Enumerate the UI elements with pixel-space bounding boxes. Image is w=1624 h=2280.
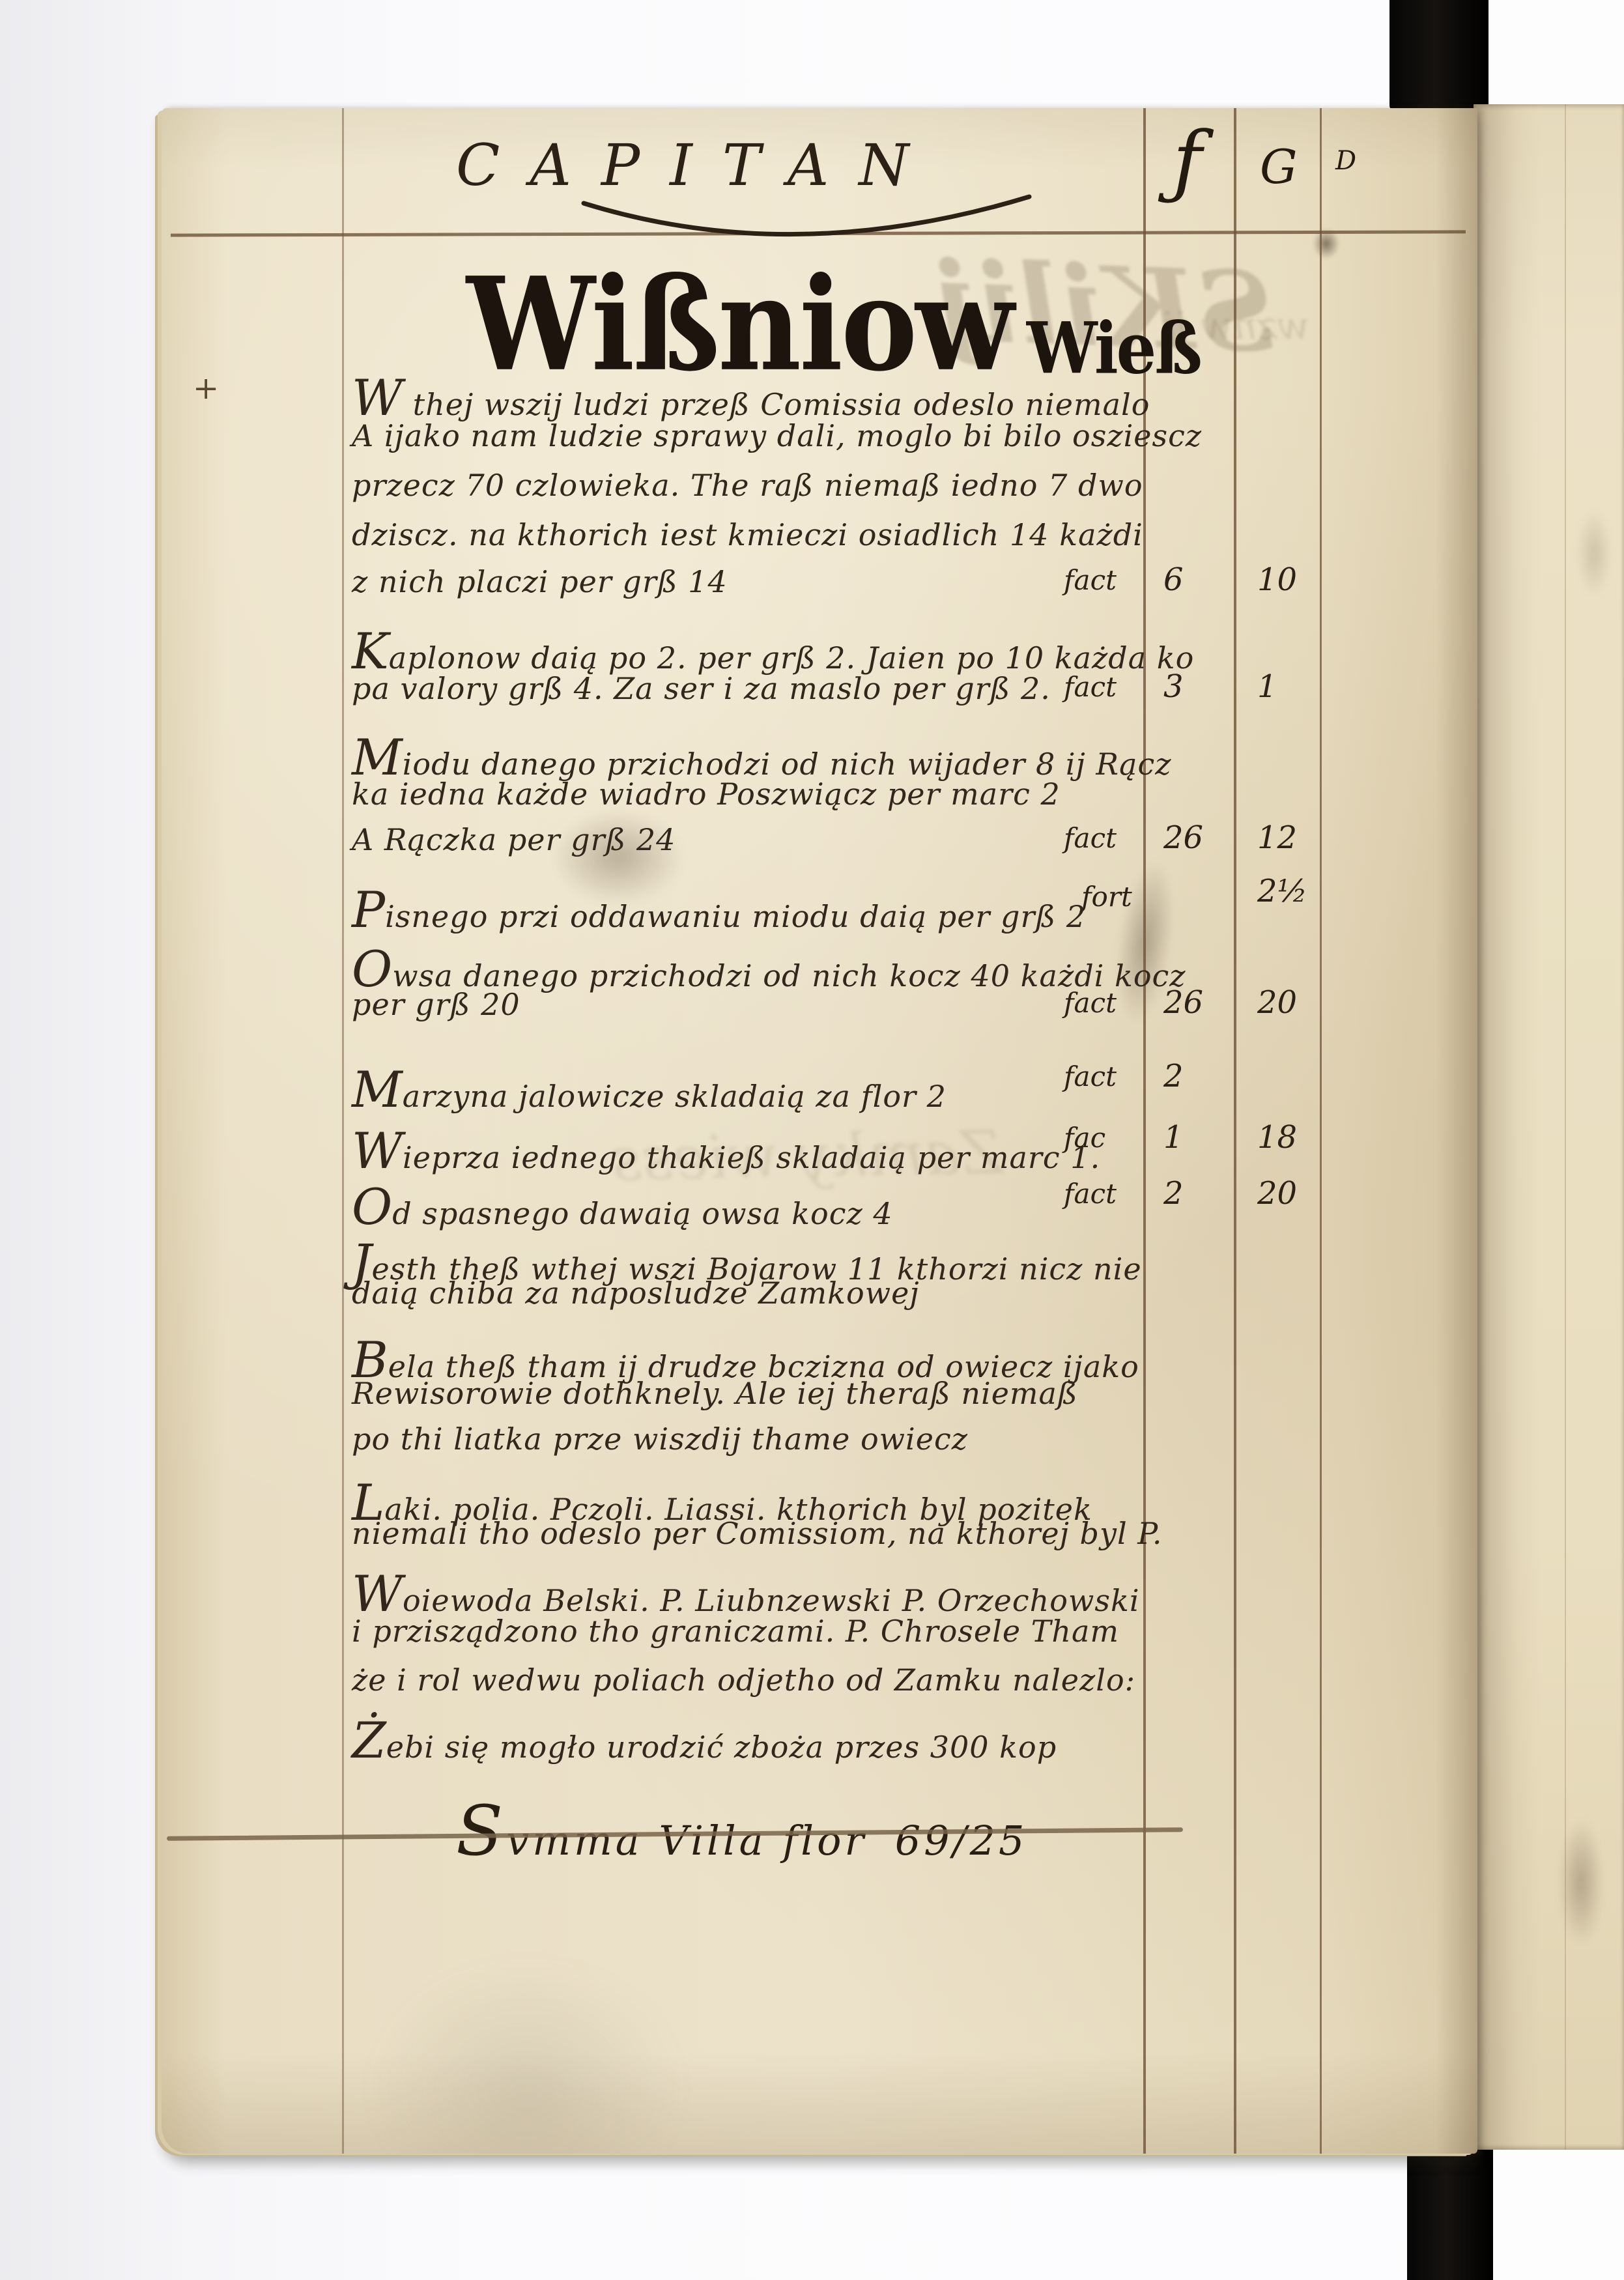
facit-abbreviation: fact (1064, 567, 1117, 594)
grossi-value: 20 (1257, 1178, 1297, 1209)
entry-line: z nich placzi per grß 14 (352, 564, 728, 600)
facit-abbreviation: fact (1064, 674, 1117, 701)
summa-label: Svmma Villa flor (456, 1817, 867, 1864)
summa-value: 69/25 (895, 1817, 1028, 1864)
entry-line: Pisnego przi oddawaniu miodu daią per gr… (352, 881, 1086, 940)
entry-line: per grß 20 (352, 987, 520, 1023)
scanned-manuscript: { "page_header": { "title": "CAPITAN", "… (0, 0, 1624, 2280)
binding-strip-top (1389, 0, 1489, 111)
column-header-denars: D (1335, 146, 1356, 176)
grossi-column-rule (1234, 108, 1236, 2154)
paragraph-line: i przisządzono tho graniczami. P. Chrose… (352, 1614, 1119, 1649)
gutter-shadow (1436, 108, 1477, 2154)
florins-value: 2 (1163, 1061, 1184, 1092)
facit-abbreviation: fact (1064, 1063, 1117, 1090)
entry-line: A ijako nam ludzie sprawy dali, moglo bi… (352, 418, 1202, 454)
entry-line: ka iedna każde wiadro Poszwiącz per marc… (352, 777, 1061, 812)
grossi-value: 18 (1257, 1122, 1297, 1153)
margin-cross-mark: + (193, 370, 219, 406)
florins-value: 26 (1163, 987, 1203, 1018)
facit-abbreviation: fact (1064, 825, 1117, 852)
paragraph-line: że i rol wedwu poliach odjetho od Zamku … (352, 1662, 1135, 1698)
entry-line: przecz 70 czlowieka. The raß niemaß iedn… (352, 468, 1143, 504)
entry-line: dziscz. na kthorich iest kmieczi osiadli… (352, 517, 1143, 553)
paragraph-line: po thi liatka prze wiszdij thame owiecz (352, 1421, 968, 1457)
facit-abbreviation: fact (1064, 1180, 1117, 1208)
left-margin-rule (342, 108, 344, 2154)
florins-value: 6 (1163, 564, 1184, 595)
paragraph-line: niemali tho odeslo per Comissiom, na kth… (352, 1516, 1163, 1552)
florins-value: 3 (1163, 671, 1184, 702)
paper-stain (318, 1919, 735, 2154)
manuscript-page: SKilij wznw ij Zamky wiess CAPITAN ƒ G D… (162, 108, 1477, 2154)
paragraph-line: Rewisorowie dothknely. Ale iej theraß ni… (352, 1376, 1078, 1412)
entry-line: A Rączka per grß 24 (352, 822, 676, 858)
facit-abbreviation: fact (1064, 990, 1117, 1017)
grossi-value: 10 (1257, 564, 1297, 595)
entry-line: Od spasnego dawaią owsa kocz 4 (352, 1178, 893, 1237)
adjacent-page-stain (1571, 495, 1617, 612)
florins-value: 2 (1163, 1178, 1184, 1209)
binding-strip-bottom (1407, 2146, 1493, 2280)
facit-abbreviation: fort (1081, 883, 1132, 911)
entry-line: Wieprza iednego thakieß skladaią per mar… (352, 1122, 1100, 1181)
florins-value: 1 (1163, 1122, 1184, 1153)
running-header: CAPITAN (456, 132, 939, 199)
florins-value: 26 (1163, 822, 1203, 853)
denar-column-rule (1320, 108, 1322, 2154)
entry-line: Marzyna jalowicze skladaią za flor 2 (352, 1061, 947, 1120)
grossi-value: 2½ (1257, 876, 1307, 907)
header-swash-icon (578, 192, 1034, 250)
facit-abbreviation: fac (1064, 1124, 1105, 1152)
paragraph-line: Żebi się mogło urodzić zboża przes 300 k… (352, 1711, 1057, 1771)
column-header-grossi: G (1260, 139, 1298, 194)
grossi-value: 1 (1257, 671, 1277, 702)
column-header-florins: ƒ (1173, 115, 1202, 207)
adjacent-page-stain (1552, 1798, 1610, 1967)
grossi-value: 20 (1257, 987, 1297, 1018)
grossi-value: 12 (1257, 822, 1297, 853)
paragraph-line: daią chiba za naposludze Zamkowej (352, 1275, 920, 1311)
adjacent-page-edge (1474, 104, 1624, 2150)
entry-line: pa valory grß 4. Za ser i za maslo per g… (352, 671, 1051, 707)
